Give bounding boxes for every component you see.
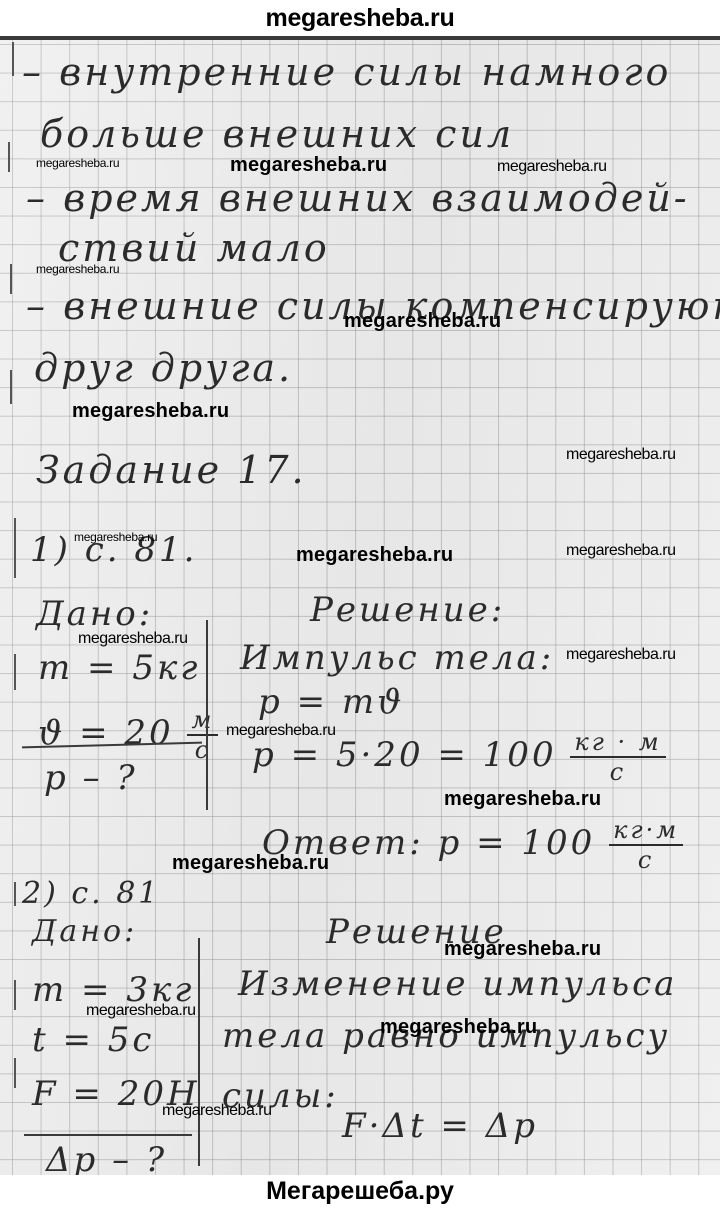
watermark: megaresheba.ru: [36, 156, 119, 170]
watermark: megaresheba.ru: [36, 262, 119, 276]
answer-unit: кг·м с: [609, 818, 683, 872]
margin-mark: [14, 882, 16, 906]
margin-mark: [14, 654, 16, 690]
given-solution-separator: [206, 620, 208, 810]
margin-mark: [14, 518, 16, 578]
watermark: megaresheba.ru: [162, 1102, 272, 1120]
note-line-6: друг друга.: [34, 346, 293, 390]
problem-1-solution-line-2: p = mϑ: [258, 682, 404, 722]
watermark: megaresheba.ru: [74, 530, 157, 544]
watermark: megaresheba.ru: [380, 1016, 537, 1039]
margin-mark: [10, 264, 12, 294]
watermark: megaresheba.ru: [566, 646, 676, 664]
problem-2-given-time: t = 5с: [32, 1020, 154, 1060]
momentum-unit: кг · м с: [570, 730, 665, 784]
problem-1-given-velocity: ϑ = 20 м с: [38, 708, 218, 762]
margin-mark: [14, 980, 16, 1010]
watermark: megaresheba.ru: [86, 1002, 196, 1020]
watermark: megaresheba.ru: [172, 852, 329, 875]
unit-numerator: кг · м: [570, 730, 665, 758]
task-title: Задание 17.: [36, 448, 307, 492]
margin-mark: [14, 1058, 16, 1088]
margin-mark: [10, 370, 12, 404]
solution-result: p = 5·20 = 100: [252, 735, 557, 775]
note-line-2: больше внешних сил: [40, 112, 514, 156]
watermark: megaresheba.ru: [296, 544, 453, 567]
note-line-1: – внутренние силы намного: [22, 50, 671, 94]
unit-denominator: с: [195, 736, 211, 762]
notebook-page: – внутренние силы намного больше внешних…: [0, 36, 720, 1175]
unit-denominator: с: [638, 846, 654, 872]
problem-1-solution-label: Решение:: [310, 590, 505, 630]
watermark: megaresheba.ru: [344, 310, 501, 333]
watermark: megaresheba.ru: [230, 154, 387, 177]
velocity-unit: м с: [187, 708, 218, 762]
problem-2-find: Δp – ?: [46, 1140, 167, 1175]
watermark: megaresheba.ru: [78, 630, 188, 648]
problem-1-given-mass: m = 5кг: [38, 648, 200, 688]
watermark: megaresheba.ru: [72, 400, 229, 423]
note-line-3: – время внешних взаимодей-: [26, 176, 690, 220]
site-header: megaresheba.ru: [0, 0, 720, 36]
problem-2-ref: 2) с. 81: [22, 876, 160, 911]
watermark: megaresheba.ru: [566, 446, 676, 464]
margin-mark: [12, 42, 14, 76]
problem-2-solution-line-1: Изменение импульса: [238, 964, 677, 1004]
margin-mark: [8, 142, 10, 172]
watermark: megaresheba.ru: [444, 938, 601, 961]
watermark: megaresheba.ru: [444, 788, 601, 811]
problem-1-solution-line-1: Импульс тела:: [240, 638, 554, 678]
watermark: megaresheba.ru: [226, 722, 336, 740]
given-divider: [24, 1134, 192, 1136]
problem-1-find: p – ?: [44, 758, 138, 798]
unit-denominator: с: [610, 758, 626, 784]
watermark: megaresheba.ru: [497, 158, 607, 176]
given-solution-separator: [198, 938, 200, 1166]
watermark: megaresheba.ru: [566, 542, 676, 560]
unit-numerator: м: [187, 708, 218, 736]
problem-2-solution-line-4: F·Δt = Δp: [342, 1106, 538, 1146]
problem-1-given-label: Дано:: [36, 594, 153, 634]
site-footer: Мегарешеба.ру: [0, 1175, 720, 1208]
problem-2-given-label: Дано:: [32, 914, 137, 949]
unit-numerator: кг·м: [609, 818, 683, 846]
